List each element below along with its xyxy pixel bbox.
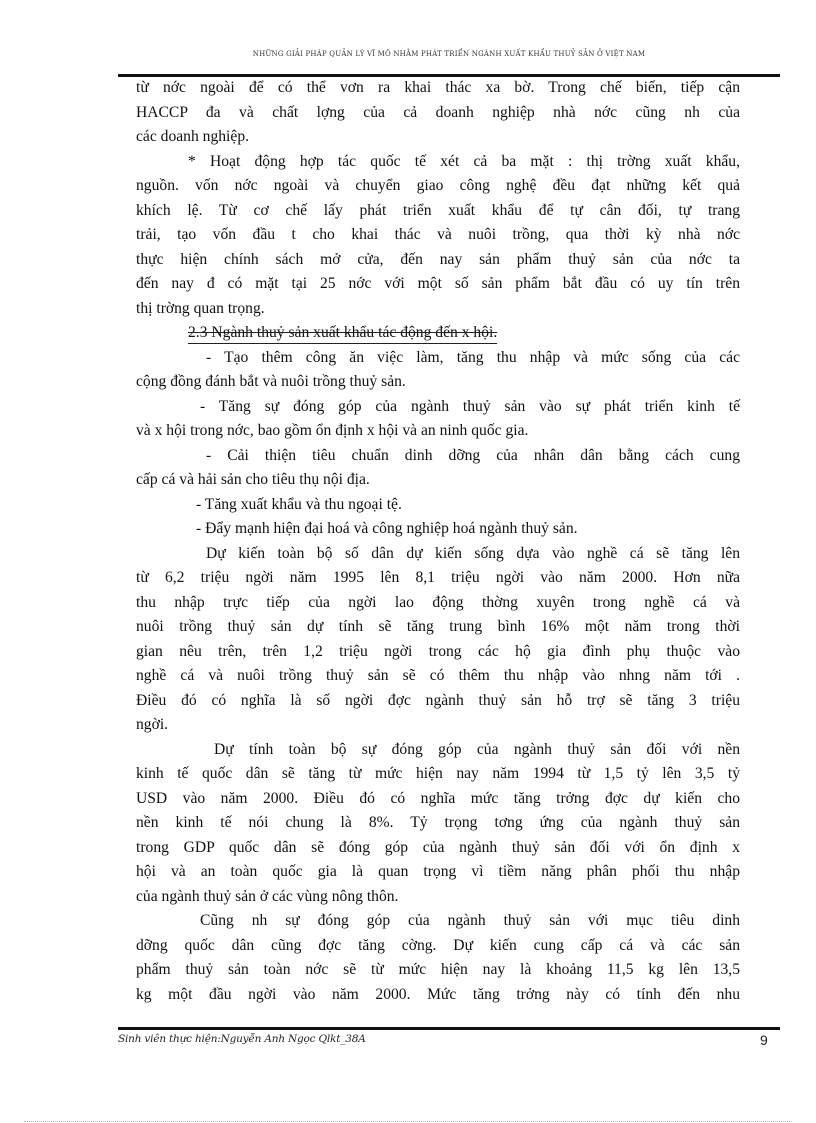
text-line: nguồn. vốn nớc ngoài và chuyển giao công… — [136, 174, 740, 199]
text-line: hội và an toàn quốc gia là quan trọng vì… — [136, 860, 740, 885]
text-line: Điều đó có nghĩa là số ngời đợc ngành th… — [136, 689, 740, 714]
document-body: từ nớc ngoài để có thể vơn ra khai thác … — [136, 76, 740, 1007]
text-line: cấp cá và hải sản cho tiêu thụ nội địa. — [136, 468, 740, 493]
text-line: cộng đồng đánh bắt và nuôi trồng thuỷ sả… — [136, 370, 740, 395]
bullet-item: - Tạo thêm công ăn việc làm, tăng thu nh… — [136, 346, 740, 395]
text-line: kinh tế quốc dân sẽ tăng từ mức hiện nay… — [136, 762, 740, 787]
section-heading: 2.3 Ngành thuỷ sản xuất khẩu tác động đế… — [188, 324, 497, 344]
text-line: * Hoạt động hợp tác quốc tế xét cả ba mặ… — [136, 150, 740, 175]
paragraph-1: từ nớc ngoài để có thể vơn ra khai thác … — [136, 76, 740, 150]
text-line: Dự tính toàn bộ sự đóng góp của ngành th… — [136, 738, 740, 763]
text-line: thu nhập trực tiếp của ngời lao động thờ… — [136, 591, 740, 616]
text-line: USD vào năm 2000. Điều đó có nghĩa mức t… — [136, 787, 740, 812]
text-line: - Tăng xuất khẩu và thu ngoại tệ. — [136, 493, 740, 518]
text-line: của ngành thuỷ sản ở các vùng nông thôn. — [136, 885, 740, 910]
text-line: khích lệ. Từ cơ chế lấy phát triển xuất … — [136, 199, 740, 224]
text-line: nghề cá và nuôi trồng thuỷ sản sẽ có thê… — [136, 664, 740, 689]
text-line: - Cải thiện tiêu chuẩn dinh dỡng của nhâ… — [136, 444, 740, 469]
footer-author: Sinh viên thực hiện:Nguyễn Anh Ngọc Qlkt… — [118, 1033, 366, 1045]
text-line: thị trờng quan trọng. — [136, 297, 740, 322]
paragraph-3: Dự kiến toàn bộ số dân dự kiến sống dựa … — [136, 542, 740, 738]
text-line: và x hội trong nớc, bao gồm ổn định x hộ… — [136, 419, 740, 444]
paragraph-2: * Hoạt động hợp tác quốc tế xét cả ba mặ… — [136, 150, 740, 322]
bullet-item: - Tăng sự đóng góp của ngành thuỷ sản và… — [136, 395, 740, 444]
paragraph-4: Dự tính toàn bộ sự đóng góp của ngành th… — [136, 738, 740, 910]
bullet-item: - Đẩy mạnh hiện đại hoá và công nghiệp h… — [136, 517, 740, 542]
text-line: gian nêu trên, trên 1,2 triệu ngời trong… — [136, 640, 740, 665]
page-number: 9 — [760, 1032, 768, 1048]
text-line: - Tăng sự đóng góp của ngành thuỷ sản và… — [136, 395, 740, 420]
text-line: HACCP đa và chất lợng của cả doanh nghiệ… — [136, 101, 740, 126]
text-line: - Tạo thêm công ăn việc làm, tăng thu nh… — [136, 346, 740, 371]
text-line: các doanh nghiệp. — [136, 125, 740, 150]
text-line: từ nớc ngoài để có thể vơn ra khai thác … — [136, 76, 740, 101]
text-line: thực hiện chính sách mở cửa, đến nay sản… — [136, 248, 740, 273]
running-header-title: NHỮNG GIẢI PHÁP QUẢN LÝ VĨ MÔ NHẰM PHÁT … — [118, 50, 780, 58]
section-heading-row: 2.3 Ngành thuỷ sản xuất khẩu tác động đế… — [136, 321, 740, 346]
text-line: ngời. — [136, 713, 740, 738]
text-line: nền kinh tế nói chung là 8%. Tỷ trọng tơ… — [136, 811, 740, 836]
text-line: kg một đầu ngời vào năm 2000. Mức tăng t… — [136, 983, 740, 1008]
text-line: đến nay đ có mặt tại 25 nớc với một số s… — [136, 272, 740, 297]
page-bottom-dotted-border — [24, 1121, 792, 1122]
bullet-item: - Tăng xuất khẩu và thu ngoại tệ. — [136, 493, 740, 518]
text-line: Cũng nh sự đóng góp của ngành thuỷ sản v… — [136, 909, 740, 934]
text-line: trong GDP quốc dân sẽ đóng góp của ngành… — [136, 836, 740, 861]
footer-rule — [118, 1027, 780, 1030]
text-line: dỡng quốc dân cũng đợc tăng cờng. Dự kiế… — [136, 934, 740, 959]
text-line: phẩm thuỷ sản toàn nớc sẽ từ mức hiện na… — [136, 958, 740, 983]
text-line: nuôi trồng thuỷ sản dự tính sẽ tăng trun… — [136, 615, 740, 640]
paragraph-5: Cũng nh sự đóng góp của ngành thuỷ sản v… — [136, 909, 740, 1007]
text-line: trải, tạo vốn đầu t cho khai thác và nuô… — [136, 223, 740, 248]
bullet-item: - Cải thiện tiêu chuẩn dinh dỡng của nhâ… — [136, 444, 740, 493]
text-line: Dự kiến toàn bộ số dân dự kiến sống dựa … — [136, 542, 740, 567]
text-line: - Đẩy mạnh hiện đại hoá và công nghiệp h… — [136, 517, 740, 542]
text-line: từ 6,2 triệu ngời năm 1995 lên 8,1 triệu… — [136, 566, 740, 591]
